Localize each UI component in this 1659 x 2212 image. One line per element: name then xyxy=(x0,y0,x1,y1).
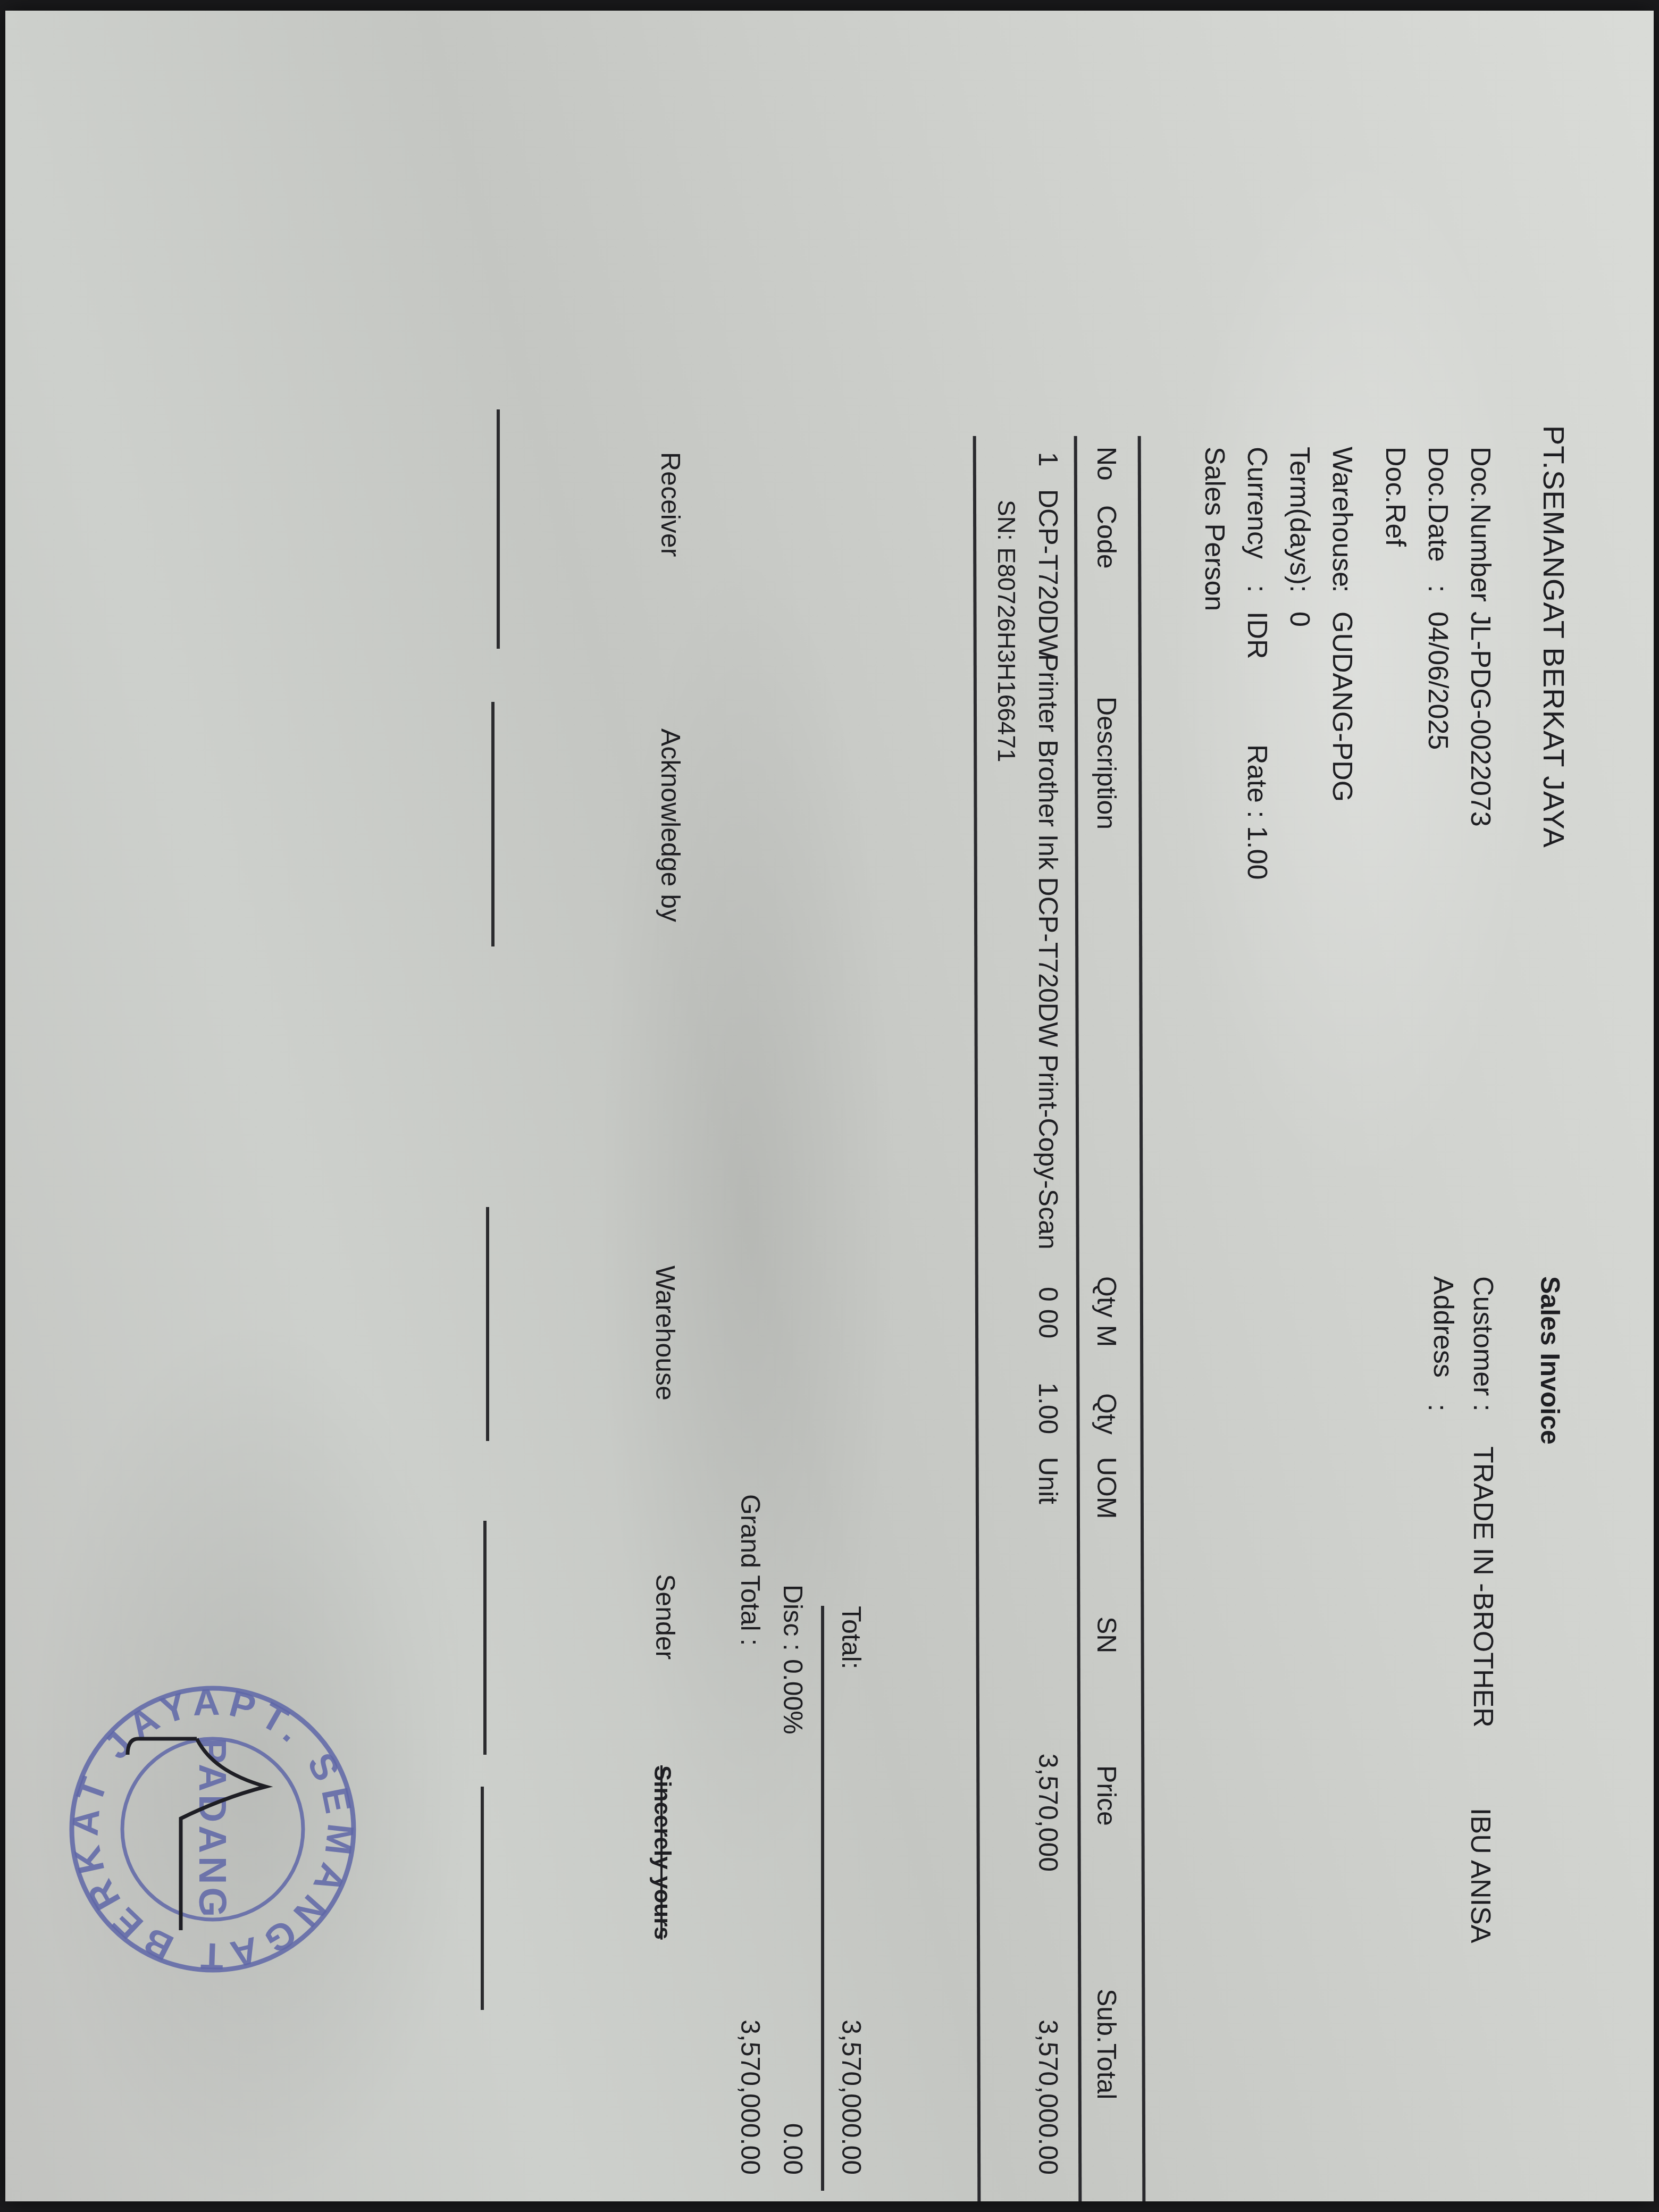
row-qty: 1.00 xyxy=(1033,1382,1063,1434)
doc-number-label: Doc.Number xyxy=(1467,447,1494,602)
row-code: DCP-T720DW xyxy=(1033,489,1063,659)
colon: : xyxy=(1286,585,1313,592)
header-price: Price xyxy=(1091,1765,1122,1826)
colon: : xyxy=(1201,585,1228,592)
header-bottom-rule xyxy=(1074,436,1082,2201)
term-value: 0 xyxy=(1286,611,1313,627)
document-title: Sales Invoice xyxy=(1537,1276,1563,1445)
colon: : xyxy=(1328,585,1356,592)
table-bottom-rule xyxy=(973,436,981,2201)
row-uom: Unit xyxy=(1033,1457,1063,1504)
row-no: 1 xyxy=(1033,452,1063,467)
company-stamp: PT. SEMANGAT BERKAT JAYA ★ PADANG xyxy=(64,1680,362,1978)
invoice-paper: PT.SEMANGAT BERKAT JAYA Sales Invoice Do… xyxy=(5,11,1654,2201)
header-description: Description xyxy=(1091,697,1122,829)
header-sn: SN xyxy=(1091,1616,1122,1653)
receiver-label: Receiver xyxy=(655,452,686,557)
grand-total-label: Grand Total : xyxy=(735,1494,766,1646)
total-label: Total: xyxy=(836,1606,867,1670)
total-value: 3,570,000.00 xyxy=(836,1946,867,2175)
totals-rule xyxy=(821,1606,824,2191)
row-price: 3,570,000 xyxy=(1033,1648,1063,1872)
doc-date-value: 04/06/2025 xyxy=(1424,611,1452,750)
disc-percent: 0.00% xyxy=(777,1659,808,1735)
address-label: Address xyxy=(1429,1276,1457,1378)
colon: : xyxy=(1424,1404,1452,1411)
row-serial-number: SN: E80726H3H166471 xyxy=(992,500,1021,763)
doc-date-label: Doc.Date xyxy=(1424,447,1452,562)
svg-text:PADANG: PADANG xyxy=(191,1738,233,1921)
sender-signature-line xyxy=(483,1521,487,1755)
header-qty-m: Qty M xyxy=(1091,1276,1122,1347)
customer-contact: IBU ANISA xyxy=(1467,1808,1494,1943)
header-subtotal: Sub.Total xyxy=(1091,1989,1122,2099)
acknowledge-signature-line xyxy=(491,702,495,946)
currency-value: IDR xyxy=(1243,611,1271,659)
colon: : xyxy=(1467,585,1494,592)
receiver-signature-line xyxy=(497,409,500,649)
warehouse-label: Warehouse xyxy=(1328,447,1356,587)
warehouse-signature-line xyxy=(486,1207,489,1441)
colon: : xyxy=(1469,1404,1497,1411)
disc-label: Disc : xyxy=(777,1585,808,1651)
customer-label: Customer xyxy=(1469,1276,1497,1396)
row-subtotal: 3,570,000.00 xyxy=(1033,1946,1063,2175)
colon: : xyxy=(1424,585,1452,592)
customer-value: TRADE IN -BROTHER xyxy=(1469,1446,1497,1728)
warehouse-sign-label: Warehouse xyxy=(650,1266,681,1401)
sender-label: Sender xyxy=(650,1574,681,1660)
warehouse-value: GUDANG-PDG xyxy=(1328,611,1356,802)
grand-total-value: 3,570,000.00 xyxy=(735,1946,766,2175)
acknowledge-label: Acknowledge by xyxy=(655,728,686,922)
disc-value: 0.00 xyxy=(777,1946,808,2175)
sincerely-label: Sincerely yours xyxy=(649,1765,675,1940)
doc-number-value: JL-PDG-0022073 xyxy=(1467,611,1494,827)
sincerely-signature-line xyxy=(481,1787,484,2010)
colon: : xyxy=(1243,585,1271,592)
row-description: Printer Brother Ink DCP-T720DW Print-Cop… xyxy=(1033,654,1063,1250)
row-qty-m: 0 00 xyxy=(1033,1287,1063,1338)
currency-label: Currency xyxy=(1243,447,1271,559)
doc-ref-label: Doc.Ref xyxy=(1381,447,1409,547)
table-top-rule xyxy=(1138,436,1146,2201)
header-uom: UOM xyxy=(1091,1457,1122,1519)
stamp-seal-icon: PT. SEMANGAT BERKAT JAYA ★ PADANG xyxy=(64,1680,362,1978)
header-qty: Qty xyxy=(1091,1393,1122,1435)
currency-rate: Rate : 1.00 xyxy=(1243,744,1271,879)
term-label: Term(days) xyxy=(1286,447,1313,585)
header-code: Code xyxy=(1091,505,1122,569)
header-no: No xyxy=(1091,447,1122,481)
company-name: PT.SEMANGAT BERKAT JAYA xyxy=(1539,425,1569,848)
